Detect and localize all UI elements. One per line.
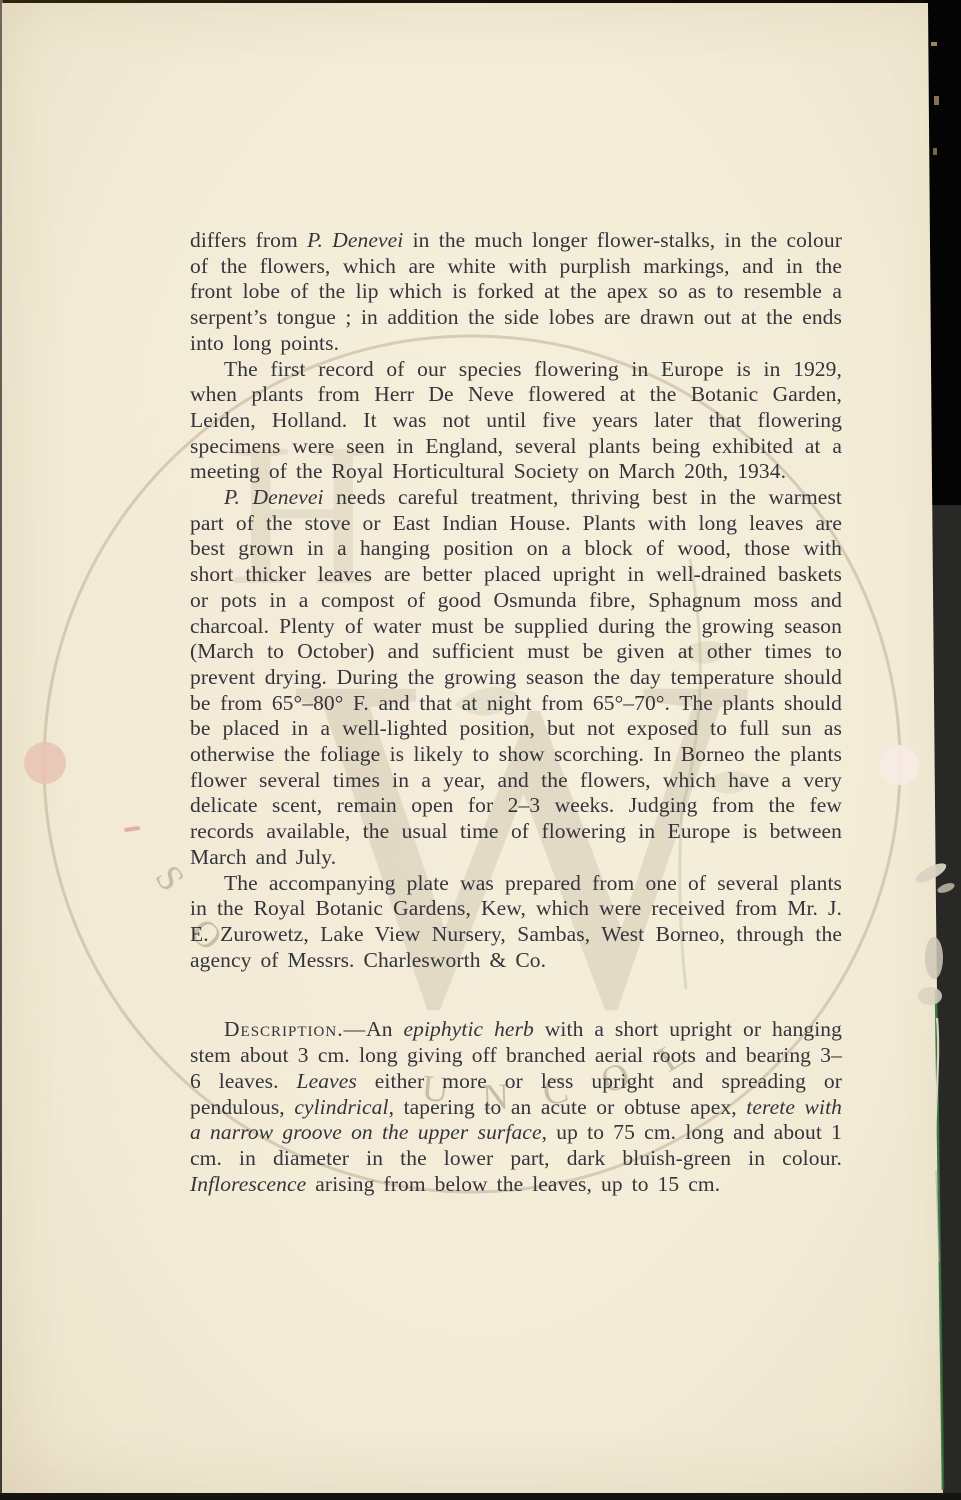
text-segment: , tapering to an acute or obtuse apex, bbox=[389, 1095, 747, 1119]
paragraph: differs from P. Denevei in the much long… bbox=[190, 228, 842, 357]
text-segment: epiphytic herb bbox=[403, 1017, 533, 1041]
text-segment: Description.— bbox=[224, 1017, 366, 1041]
watermark-dot-right bbox=[879, 745, 919, 785]
text-segment: The accompanying plate was prepared from… bbox=[190, 871, 842, 972]
text-segment: An bbox=[366, 1017, 403, 1041]
scan-edge-bottom bbox=[0, 1493, 961, 1500]
text-segment: differs from bbox=[190, 228, 307, 252]
text-segment: P. Denevei bbox=[307, 228, 403, 252]
text-segment: arising from below the leaves, up to 15 … bbox=[306, 1172, 720, 1196]
text-segment: Inflorescence bbox=[190, 1172, 306, 1196]
text-segment: Leaves bbox=[297, 1069, 357, 1093]
text-segment: P. Denevei bbox=[224, 485, 324, 509]
paragraph: The accompanying plate was prepared from… bbox=[190, 871, 842, 974]
paragraph: Description.—An epiphytic herb with a sh… bbox=[190, 1017, 842, 1197]
page-text: differs from P. Denevei in the much long… bbox=[190, 228, 842, 1197]
watermark-ring-letter: S bbox=[147, 858, 192, 898]
scanned-page-photo: H W SOUNCOL differs from P. Denevei in t… bbox=[0, 0, 961, 1500]
text-segment: The first record of our species flowerin… bbox=[190, 357, 842, 484]
pink-smudge-artifact bbox=[124, 826, 140, 832]
watermark-dot-left bbox=[24, 742, 66, 784]
book-page: H W SOUNCOL differs from P. Denevei in t… bbox=[2, 3, 958, 1493]
paragraph: The first record of our species flowerin… bbox=[190, 357, 842, 486]
paragraph: P. Denevei needs careful treatment, thri… bbox=[190, 485, 842, 871]
text-segment: cylindrical bbox=[294, 1095, 388, 1119]
text-segment: needs careful treatment, thriving best i… bbox=[190, 485, 842, 869]
